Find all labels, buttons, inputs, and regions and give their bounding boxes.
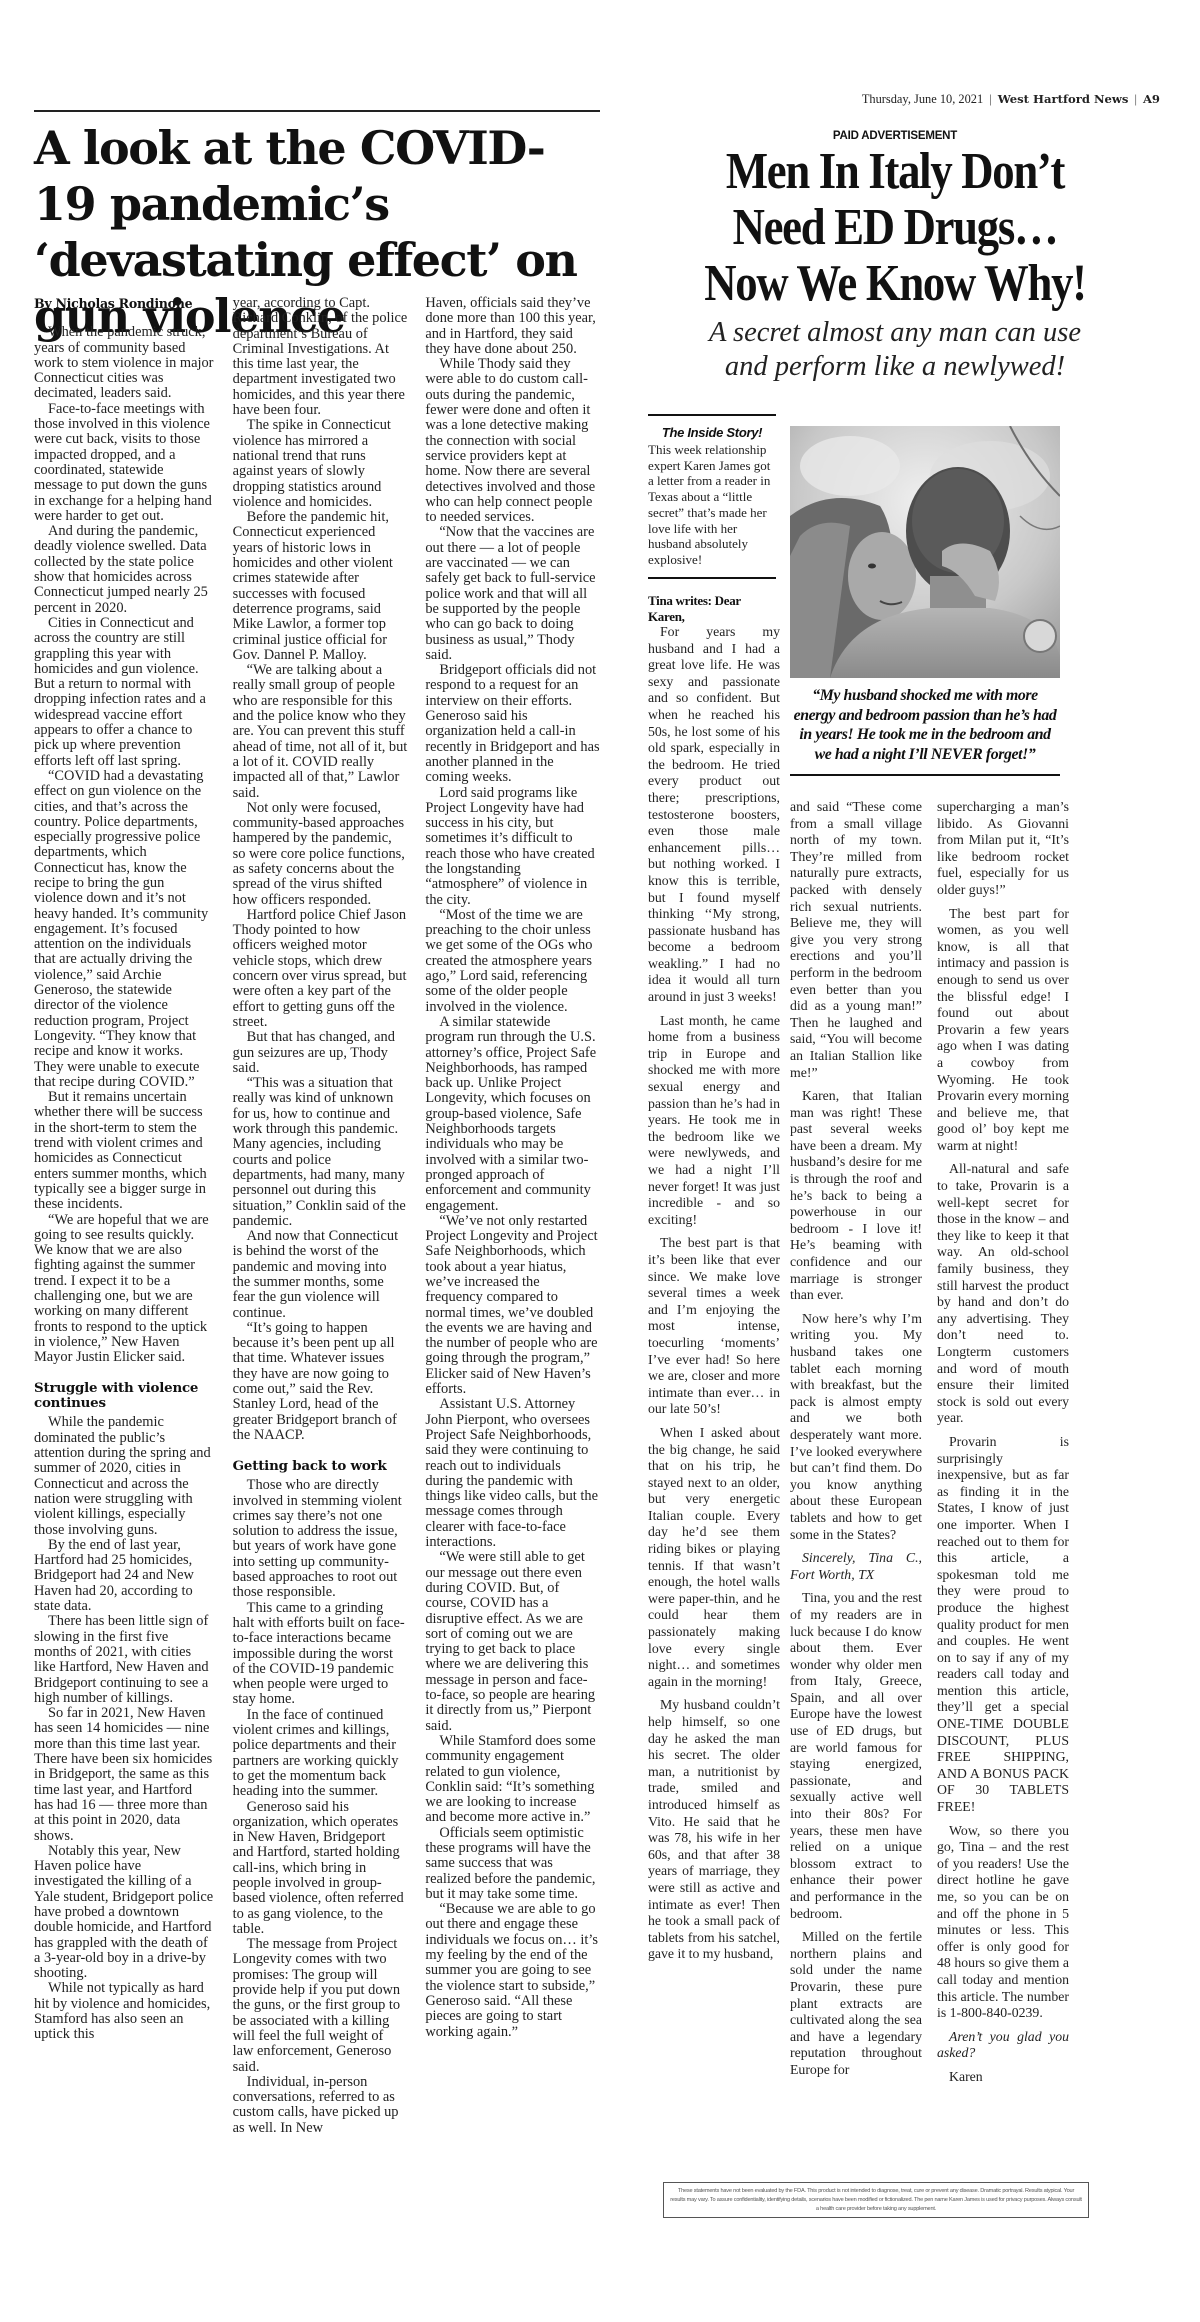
paragraph: “We are talking about a really small gro…: [233, 663, 408, 801]
publication-name: West Hartford News: [998, 92, 1129, 106]
paragraph: So far in 2021, New Haven has seen 14 ho…: [34, 1706, 214, 1844]
paragraph: A similar statewide program run through …: [425, 1015, 600, 1214]
ad-paragraph: Now here’s why I’m writing you. My husba…: [790, 1311, 922, 1543]
ad-column-2: and said “These come from a small villag…: [790, 799, 922, 2086]
ad-headline: Men In Italy Don’t Need ED Drugs… Now We…: [637, 144, 1153, 312]
article-column-1: By Nicholas Rondinone When the pandemic …: [34, 296, 214, 2136]
paragraph: The message from Project Longevity comes…: [233, 1937, 408, 2075]
paragraph: While the pandemic dominated the public’…: [34, 1415, 214, 1537]
paragraph: “We’ve not only restarted Project Longev…: [425, 1214, 600, 1398]
paragraph: Generoso said his organization, which op…: [233, 1800, 408, 1938]
inside-story-text: This week relationship expert Karen Jame…: [648, 442, 776, 568]
ad-paragraph: The best part is that it’s been like tha…: [648, 1235, 780, 1418]
paid-advertisement-label: PAID ADVERTISEMENT: [648, 130, 1142, 142]
ad-subheadline-line: and perform like a newlywed!: [648, 350, 1142, 384]
ad-column-1: For years my husband and I had a great l…: [648, 624, 780, 1970]
separator: |: [1134, 92, 1136, 106]
rule-divider: [648, 577, 776, 579]
top-rule-divider: [34, 110, 600, 112]
paragraph-continued: year, according to Capt. Richard Conklin…: [233, 296, 408, 418]
ad-headline-line: Men In Italy Don’t: [637, 144, 1153, 200]
ad-paragraph: Karen, that Italian man was right! These…: [790, 1088, 922, 1304]
ad-subheadline-line: A secret almost any man can use: [648, 316, 1142, 350]
paragraph: Lord said programs like Project Longevit…: [425, 786, 600, 908]
paragraph: By the end of last year, Hartford had 25…: [34, 1538, 214, 1614]
paragraph: “Now that the vaccines are out there — a…: [425, 525, 600, 663]
advertisement-body: The Inside Story! This week relationship…: [648, 414, 1142, 2314]
couple-photo-image: [790, 426, 1060, 678]
paragraph: Not only were focused, community-based a…: [233, 801, 408, 908]
paragraph: Officials seem optimistic these programs…: [425, 1826, 600, 1902]
paragraph: While Thody said they were able to do cu…: [425, 357, 600, 525]
ad-paragraph-continued: supercharging a man’s libido. As Giovann…: [937, 799, 1069, 899]
paragraph: While Stamford does some community engag…: [425, 1734, 600, 1826]
paragraph: This came to a grinding halt with effort…: [233, 1601, 408, 1708]
subhead-getting-back: Getting back to work: [233, 1459, 408, 1474]
paragraph: Bridgeport officials did not respond to …: [425, 663, 600, 785]
ad-paragraph: Provarin is surprisingly inexpensive, bu…: [937, 1434, 1069, 1816]
news-article: A look at the COVID-19 pandemic’s ‘devas…: [34, 0, 600, 2322]
article-columns: By Nicholas Rondinone When the pandemic …: [34, 296, 600, 2136]
paragraph: While not typically as hard hit by viole…: [34, 1981, 214, 2042]
ad-paragraph-phone: Wow, so there you go, Tina – and the res…: [937, 1823, 1069, 2022]
ad-column-3: supercharging a man’s libido. As Giovann…: [937, 799, 1069, 2093]
paragraph: “We were still able to get our message o…: [425, 1550, 600, 1734]
paragraph: In the face of continued violent crimes …: [233, 1708, 408, 1800]
ad-paragraph: All-natural and safe to take, Provarin i…: [937, 1161, 1069, 1427]
paragraph: “We are hopeful that we are going to see…: [34, 1213, 214, 1366]
ad-headline-line: Need ED Drugs…: [637, 200, 1153, 256]
paragraph: Hartford police Chief Jason Thody pointe…: [233, 908, 408, 1030]
letter-greeting: Tina writes: Dear Karen,: [648, 593, 776, 625]
paragraph: But that has changed, and gun seizures a…: [233, 1030, 408, 1076]
paragraph: Individual, in-person conversations, ref…: [233, 2075, 408, 2136]
rule-divider: [648, 414, 776, 416]
closing-question: Aren’t you glad you asked?: [937, 2029, 1069, 2062]
photo-caption-quote: “My husband shocked me with more energy …: [790, 686, 1060, 764]
paragraph: Assistant U.S. Attorney John Pierpont, w…: [425, 1397, 600, 1550]
byline: By Nicholas Rondinone: [34, 296, 214, 311]
paragraph: And now that Connecticut is behind the w…: [233, 1229, 408, 1321]
article-column-2: year, according to Capt. Richard Conklin…: [233, 296, 408, 2136]
ad-paragraph-continued: and said “These come from a small villag…: [790, 799, 922, 1081]
ad-paragraph: Last month, he came home from a business…: [648, 1013, 780, 1229]
letter-signature: Sincerely, Tina C., Fort Worth, TX: [790, 1550, 922, 1583]
paragraph: “It’s going to happen because it’s been …: [233, 1321, 408, 1443]
ad-paragraph: My husband couldn’t help himself, so one…: [648, 1697, 780, 1963]
separator: |: [989, 92, 991, 106]
ad-paragraph: The best part for women, as you well kno…: [937, 906, 1069, 1155]
fda-disclaimer: These statements have not been evaluated…: [663, 2182, 1089, 2218]
paragraph: Face-to-face meetings with those involve…: [34, 402, 214, 524]
ad-paragraph: When I asked about the big change, he sa…: [648, 1425, 780, 1691]
paragraph-continued: Haven, officials said they’ve done more …: [425, 296, 600, 357]
inside-story-box: The Inside Story! This week relationship…: [648, 414, 776, 625]
paragraph: But it remains uncertain whether there w…: [34, 1090, 214, 1212]
ad-headline-line: Now We Know Why!: [637, 256, 1153, 312]
page-masthead: Thursday, June 10, 2021|West Hartford Ne…: [862, 92, 1160, 107]
rule-divider: [790, 774, 1060, 776]
ad-subheadline: A secret almost any man can use and perf…: [648, 316, 1142, 384]
paragraph: “This was a situation that really was ki…: [233, 1076, 408, 1229]
page-number: A9: [1143, 92, 1160, 106]
paragraph: “Because we are able to go out there and…: [425, 1902, 600, 2040]
ad-paragraph: Tina, you and the rest of my readers are…: [790, 1590, 922, 1922]
paragraph: And during the pandemic, deadly violence…: [34, 524, 214, 616]
paragraph: When the pandemic struck, years of commu…: [34, 325, 214, 401]
ad-paragraph: For years my husband and I had a great l…: [648, 624, 780, 1006]
article-column-3: Haven, officials said they’ve done more …: [425, 296, 600, 2136]
advertisement-header: PAID ADVERTISEMENT Men In Italy Don’t Ne…: [648, 130, 1142, 384]
paragraph: “COVID had a devastating effect on gun v…: [34, 769, 214, 1090]
couple-photo: [790, 426, 1060, 678]
paragraph: “Most of the time we are preaching to th…: [425, 908, 600, 1015]
issue-date: Thursday, June 10, 2021: [862, 92, 983, 106]
paragraph: The spike in Connecticut violence has mi…: [233, 418, 408, 510]
paragraph: Before the pandemic hit, Connecticut exp…: [233, 510, 408, 663]
inside-story-title: The Inside Story!: [648, 425, 776, 440]
paragraph: There has been little sign of slowing in…: [34, 1614, 214, 1706]
paragraph: Those who are directly involved in stemm…: [233, 1478, 408, 1600]
paragraph: Notably this year, New Haven police have…: [34, 1844, 214, 1982]
author-signoff: Karen: [937, 2069, 1069, 2086]
ad-paragraph: Milled on the fertile northern plains an…: [790, 1929, 922, 2078]
subhead-struggle: Struggle with violence continues: [34, 1381, 214, 1411]
paragraph: Cities in Connecticut and across the cou…: [34, 616, 214, 769]
